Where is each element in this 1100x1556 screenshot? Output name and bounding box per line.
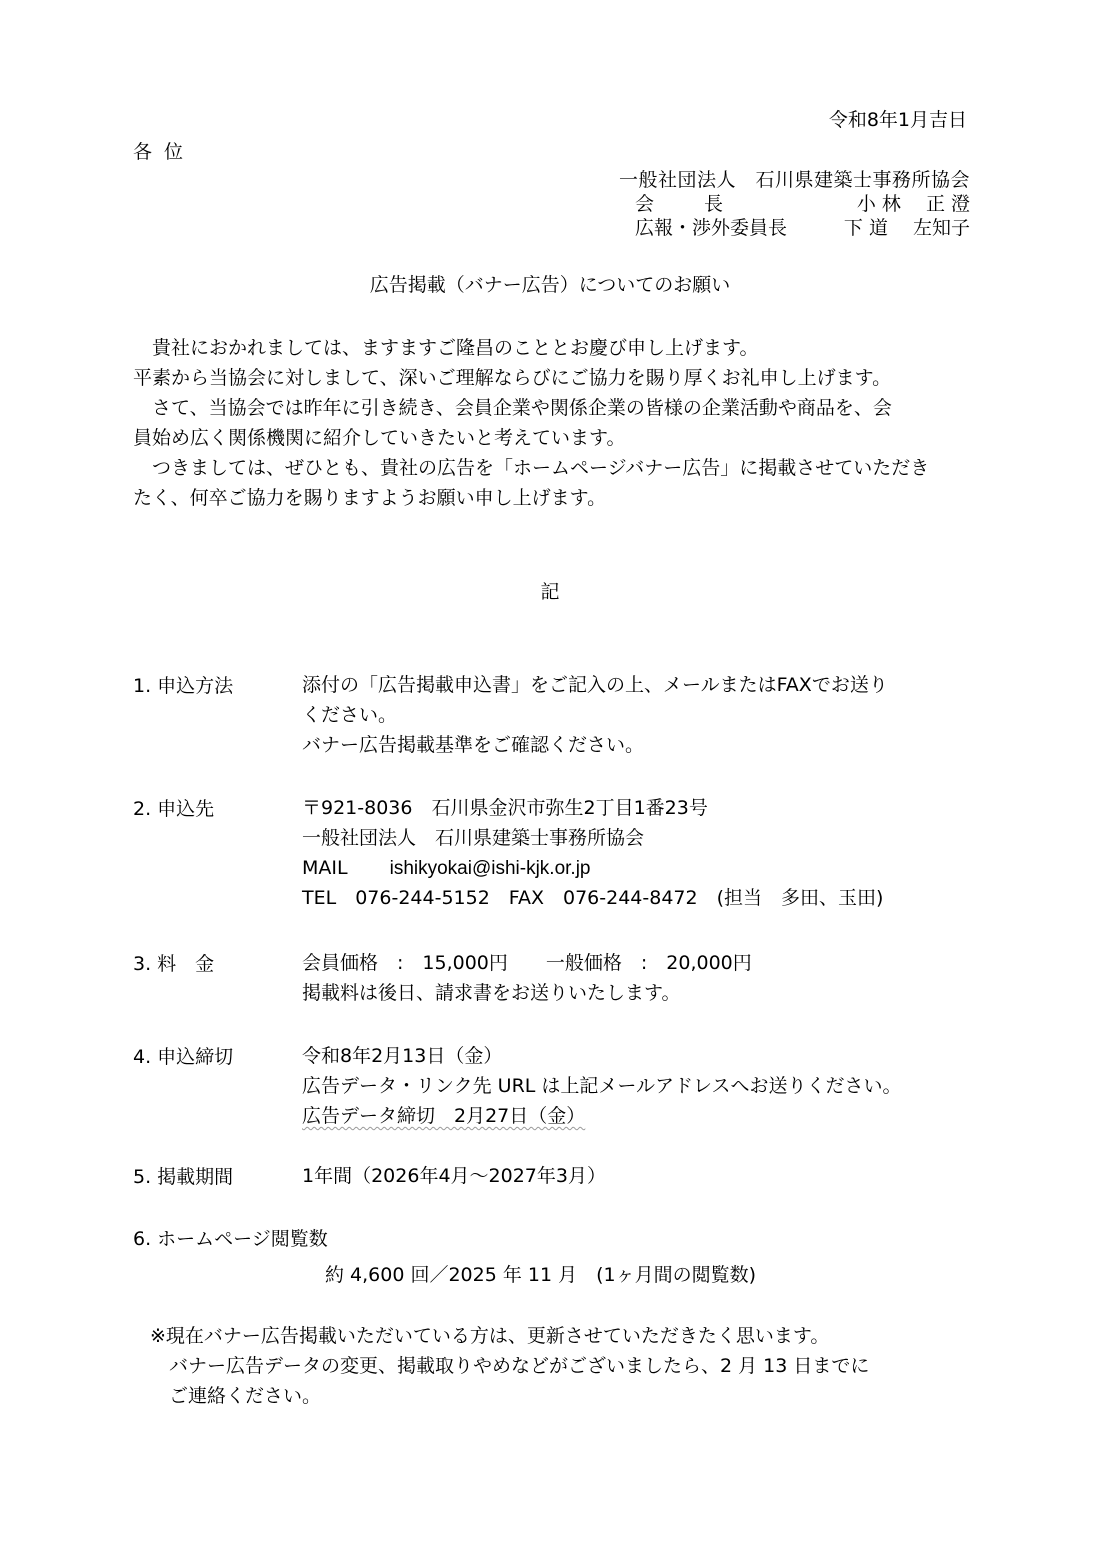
document-date: 令和8年1月吉日 [829, 111, 967, 130]
item-content-period: 1年間（2026年4月～2027年3月） [302, 1161, 606, 1191]
item-label-fee: 3. 料 金 [133, 955, 214, 974]
tel-fax-line: TEL 076-244-5152 FAX 076-244-8472 (担当 多田… [302, 883, 883, 913]
note-line: バナー広告データの変更、掲載取りやめなどがございましたら、2 月 13 日までに [150, 1351, 869, 1381]
email-link[interactable]: ishikyokai@ishi-kjk.or.jp [390, 854, 591, 884]
organization-name: 一般社団法人 石川県建築士事務所協会 [619, 168, 970, 192]
body-line: さて、当協会では昨年に引き続き、会員企業や関係企業の皆様の企業活動や商品を、会 [133, 393, 973, 423]
item-content-deadline: 令和8年2月13日（金） 広告データ・リンク先 URL は上記メールアドレスへお… [302, 1041, 901, 1131]
item-content-application-address: 〒921-8036 石川県金沢市弥生2丁目1番23号 一般社団法人 石川県建築士… [302, 793, 883, 913]
item-label-deadline: 4. 申込締切 [133, 1048, 233, 1067]
note-line: ご連絡ください。 [150, 1381, 869, 1411]
body-line: 平素から当協会に対しまして、深いご理解ならびにご協力を賜り厚くお礼申し上げます。 [133, 363, 973, 393]
signer-pr-chair: 広報・渉外委員長下 道 左知子 [619, 216, 970, 240]
item-line: 広告データ・リンク先 URL は上記メールアドレスへお送りください。 [302, 1071, 901, 1101]
item-content-fee: 会員価格 : 15,000円 一般価格 : 20,000円 掲載料は後日、請求書… [302, 948, 752, 1008]
item-line: 1年間（2026年4月～2027年3月） [302, 1161, 606, 1191]
body-line: 貴社におかれましては、ますますご隆昌のこととお慶び申し上げます。 [133, 333, 973, 363]
item-line: 約 4,600 回／2025 年 11 月 (1ヶ月間の閲覧数) [325, 1260, 756, 1290]
item-line: バナー広告掲載基準をご確認ください。 [302, 730, 888, 760]
signer-title: 会 長 [635, 192, 805, 216]
data-deadline-line: 広告データ締切 2月27日（金） [302, 1105, 585, 1127]
signer-title: 広報・渉外委員長 [635, 216, 805, 240]
renewal-note: ※現在バナー広告掲載いただいている方は、更新させていただきたく思います。 バナー… [150, 1321, 869, 1411]
signer-name: 下 道 左知子 [805, 216, 970, 240]
item-label-application-method: 1. 申込方法 [133, 677, 233, 696]
mail-label: MAIL [302, 857, 348, 879]
body-text: 貴社におかれましては、ますますご隆昌のこととお慶び申し上げます。 平素から当協会… [133, 333, 973, 513]
item-line: 令和8年2月13日（金） [302, 1041, 901, 1071]
mail-line: MAILishikyokai@ishi-kjk.or.jp [302, 853, 883, 883]
postal-address: 〒921-8036 石川県金沢市弥生2丁目1番23号 [302, 793, 883, 823]
item-line: 会員価格 : 15,000円 一般価格 : 20,000円 [302, 948, 752, 978]
organization-name: 一般社団法人 石川県建築士事務所協会 [302, 823, 883, 853]
ki-heading: 記 [0, 583, 1100, 602]
item-content-application-method: 添付の「広告掲載申込書」をご記入の上、メールまたはFAXでお送り ください。 バ… [302, 670, 888, 760]
document-title: 広告掲載（バナー広告）についてのお願い [0, 276, 1100, 295]
body-line: 員始め広く関係機関に紹介していきたいと考えています。 [133, 423, 973, 453]
item-content-page-views: 約 4,600 回／2025 年 11 月 (1ヶ月間の閲覧数) [325, 1260, 756, 1290]
item-label-page-views: 6. ホームページ閲覧数 [133, 1230, 328, 1249]
item-line: 掲載料は後日、請求書をお送りいたします。 [302, 978, 752, 1008]
note-line: ※現在バナー広告掲載いただいている方は、更新させていただきたく思います。 [150, 1321, 869, 1351]
addressee: 各位 [133, 143, 195, 162]
body-line: たく、何卒ご協力を賜りますようお願い申し上げます。 [133, 483, 973, 513]
body-line: つきましては、ぜひとも、貴社の広告を「ホームページバナー広告」に掲載させていただ… [133, 453, 973, 483]
signer-president: 会 長小 林 正 澄 [619, 192, 970, 216]
sender-block: 一般社団法人 石川県建築士事務所協会 会 長小 林 正 澄 広報・渉外委員長下 … [619, 168, 970, 240]
item-label-period: 5. 掲載期間 [133, 1168, 233, 1187]
item-label-application-address: 2. 申込先 [133, 800, 214, 819]
item-line: 添付の「広告掲載申込書」をご記入の上、メールまたはFAXでお送り [302, 670, 888, 700]
signer-name: 小 林 正 澄 [805, 192, 970, 216]
item-line: ください。 [302, 700, 888, 730]
